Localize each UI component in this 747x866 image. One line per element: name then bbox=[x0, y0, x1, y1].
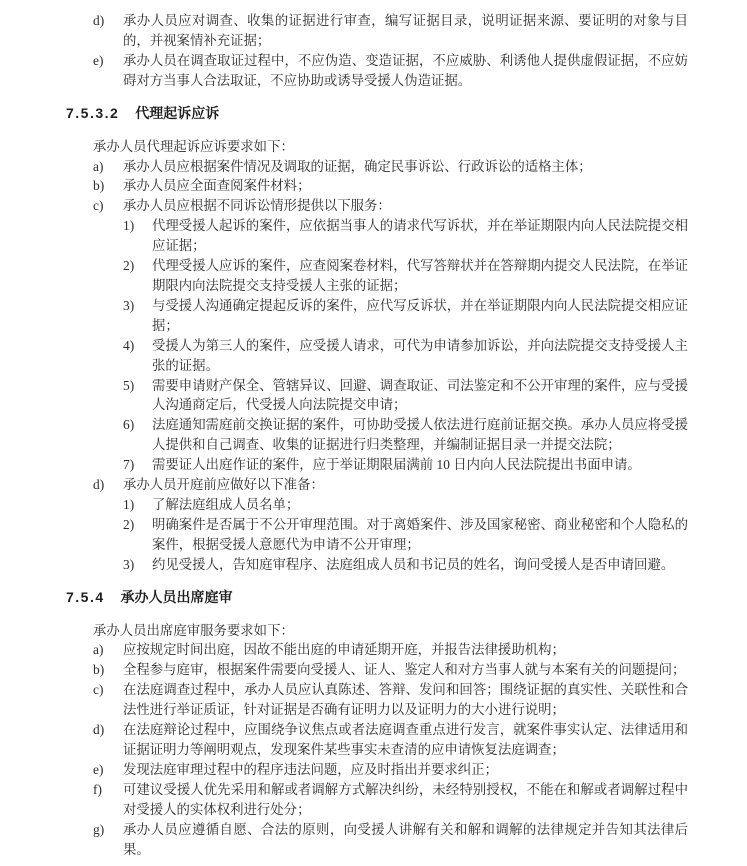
item-text: 承办人员应根据不同诉讼情形提供以下服务： bbox=[123, 196, 688, 216]
item-label: e) bbox=[93, 51, 123, 91]
list-item: b) 承办人员应全面查阅案件材料； bbox=[93, 176, 688, 196]
sub-list-item: 3) 与受援人沟通确定提起反诉的案件，应代写反诉状，并在举证期限内向人民法院提交… bbox=[123, 296, 688, 336]
item-label: 3) bbox=[123, 555, 152, 575]
item-label: d) bbox=[93, 11, 123, 51]
ordered-list: a) 应按规定时间出庭，因故不能出庭的申请延期开庭，并报告法律援助机构； b) … bbox=[93, 640, 688, 859]
sub-list-item: 4) 受援人为第三人的案件，应受援人请求，可代为申请参加诉讼，并向法院提交支持受… bbox=[123, 336, 688, 376]
section-intro: 承办人员出席庭审服务要求如下： bbox=[93, 621, 688, 641]
document-page: d) 承办人员应对调查、收集的证据进行审查，编写证据目录，说明证据来源、要证明的… bbox=[0, 0, 747, 866]
list-item: d) 承办人员开庭前应做好以下准备： bbox=[93, 475, 688, 495]
item-label: b) bbox=[93, 660, 123, 680]
item-text: 承办人员应全面查阅案件材料； bbox=[123, 176, 688, 196]
sub-list: 1) 代理受援人起诉的案件，应依据当事人的请求代写诉状，并在举证期限内向人民法院… bbox=[123, 216, 688, 475]
item-label: 1) bbox=[123, 216, 152, 256]
item-text: 法庭通知需庭前交换证据的案件，可协助受援人依法进行庭前证据交换。承办人员应将受援… bbox=[152, 415, 688, 455]
item-text: 承办人员在调查取证过程中，不应伪造、变造证据，不应威胁、利诱他人提供虚假证据，不… bbox=[123, 51, 688, 91]
list-item: e) 发现法庭审理过程中的程序违法问题，应及时指出并要求纠正； bbox=[93, 760, 688, 780]
item-text: 全程参与庭审，根据案件需要向受援人、证人、鉴定人和对方当事人就与本案有关的问题提… bbox=[123, 660, 688, 680]
item-label: b) bbox=[93, 176, 123, 196]
item-text: 了解法庭组成人员名单； bbox=[152, 495, 688, 515]
section-intro: 承办人员代理起诉应诉要求如下： bbox=[93, 137, 688, 157]
item-text: 可建议受援人优先采用和解或者调解方式解决纠纷，未经特别授权，不能在和解或者调解过… bbox=[123, 780, 688, 820]
item-text: 明确案件是否属于不公开审理范围。对于离婚案件、涉及国家秘密、商业秘密和个人隐私的… bbox=[152, 515, 688, 555]
item-text: 受援人为第三人的案件，应受援人请求，可代为申请参加诉讼，并向法院提交支持受援人主… bbox=[152, 336, 688, 376]
list-item: g) 承办人员应遵循自愿、合法的原则，向受援人讲解有关和解和调解的法律规定并告知… bbox=[93, 820, 688, 860]
item-label: a) bbox=[93, 640, 123, 660]
item-label: f) bbox=[93, 780, 123, 820]
sub-list-item: 5) 需要申请财产保全、管辖异议、回避、调查取证、司法鉴定和不公开审理的案件，应… bbox=[123, 376, 688, 416]
item-text: 承办人员应对调查、收集的证据进行审查，编写证据目录，说明证据来源、要证明的对象与… bbox=[123, 11, 688, 51]
list-item: b) 全程参与庭审，根据案件需要向受援人、证人、鉴定人和对方当事人就与本案有关的… bbox=[93, 660, 688, 680]
item-text: 代理受援人起诉的案件，应依据当事人的请求代写诉状，并在举证期限内向人民法院提交相… bbox=[152, 216, 688, 256]
item-label: 1) bbox=[123, 495, 152, 515]
sub-list-item: 7) 需要证人出庭作证的案件，应于举证期限届满前 10 日内向人民法院提出书面申… bbox=[123, 455, 688, 475]
item-text: 发现法庭审理过程中的程序违法问题，应及时指出并要求纠正； bbox=[123, 760, 688, 780]
item-text: 约见受援人，告知庭审程序、法庭组成人员和书记员的姓名，询问受援人是否申请回避。 bbox=[152, 555, 688, 575]
sub-list-item: 1) 代理受援人起诉的案件，应依据当事人的请求代写诉状，并在举证期限内向人民法院… bbox=[123, 216, 688, 256]
list-item: c) 承办人员应根据不同诉讼情形提供以下服务： bbox=[93, 196, 688, 216]
item-label: c) bbox=[93, 680, 123, 720]
sub-list: 1) 了解法庭组成人员名单； 2) 明确案件是否属于不公开审理范围。对于离婚案件… bbox=[123, 495, 688, 575]
item-label: c) bbox=[93, 196, 123, 216]
item-label: d) bbox=[93, 720, 123, 760]
heading-title: 代理起诉应诉 bbox=[135, 105, 219, 121]
sub-list-item: 2) 明确案件是否属于不公开审理范围。对于离婚案件、涉及国家秘密、商业秘密和个人… bbox=[123, 515, 688, 555]
item-text: 承办人员开庭前应做好以下准备： bbox=[123, 475, 688, 495]
heading-number: 7.5.4 bbox=[66, 589, 105, 605]
item-text: 承办人员应遵循自愿、合法的原则，向受援人讲解有关和解和调解的法律规定并告知其法律… bbox=[123, 820, 688, 860]
list-item: a) 承办人员应根据案件情况及调取的证据，确定民事诉讼、行政诉讼的适格主体； bbox=[93, 157, 688, 177]
item-label: 7) bbox=[123, 455, 152, 475]
item-label: 2) bbox=[123, 515, 152, 555]
document-body: d) 承办人员应对调查、收集的证据进行审查，编写证据目录，说明证据来源、要证明的… bbox=[66, 11, 688, 859]
heading-title: 承办人员出席庭审 bbox=[121, 589, 233, 605]
item-text: 承办人员应根据案件情况及调取的证据，确定民事诉讼、行政诉讼的适格主体； bbox=[123, 157, 688, 177]
item-label: e) bbox=[93, 760, 123, 780]
item-label: g) bbox=[93, 820, 123, 860]
list-item: a) 应按规定时间出庭，因故不能出庭的申请延期开庭，并报告法律援助机构； bbox=[93, 640, 688, 660]
item-label: 6) bbox=[123, 415, 152, 455]
section-heading-7-5-4: 7.5.4 承办人员出席庭审 bbox=[66, 589, 688, 605]
sub-list-item: 3) 约见受援人，告知庭审程序、法庭组成人员和书记员的姓名，询问受援人是否申请回… bbox=[123, 555, 688, 575]
item-text: 需要申请财产保全、管辖异议、回避、调查取证、司法鉴定和不公开审理的案件，应与受援… bbox=[152, 376, 688, 416]
item-text: 应按规定时间出庭，因故不能出庭的申请延期开庭，并报告法律援助机构； bbox=[123, 640, 688, 660]
section-heading-7-5-3-2: 7.5.3.2 代理起诉应诉 bbox=[66, 105, 688, 121]
sub-list-item: 6) 法庭通知需庭前交换证据的案件，可协助受援人依法进行庭前证据交换。承办人员应… bbox=[123, 415, 688, 455]
item-label: 4) bbox=[123, 336, 152, 376]
list-item: e) 承办人员在调查取证过程中，不应伪造、变造证据，不应威胁、利诱他人提供虚假证… bbox=[93, 51, 688, 91]
item-text: 需要证人出庭作证的案件，应于举证期限届满前 10 日内向人民法院提出书面申请。 bbox=[152, 455, 688, 475]
item-text: 在法庭调查过程中，承办人员应认真陈述、答辩、发问和回答；围绕证据的真实性、关联性… bbox=[123, 680, 688, 720]
list-item: f) 可建议受援人优先采用和解或者调解方式解决纠纷，未经特别授权，不能在和解或者… bbox=[93, 780, 688, 820]
heading-number: 7.5.3.2 bbox=[66, 105, 119, 121]
list-item: d) 在法庭辩论过程中，应围绕争议焦点或者法庭调查重点进行发言，就案件事实认定、… bbox=[93, 720, 688, 760]
ordered-list: a) 承办人员应根据案件情况及调取的证据，确定民事诉讼、行政诉讼的适格主体； b… bbox=[93, 157, 688, 575]
carryover-list: d) 承办人员应对调查、收集的证据进行审查，编写证据目录，说明证据来源、要证明的… bbox=[93, 11, 688, 91]
item-label: 3) bbox=[123, 296, 152, 336]
item-text: 代理受援人应诉的案件，应查阅案卷材料，代写答辩状并在答辩期内提交人民法院，在举证… bbox=[152, 256, 688, 296]
item-text: 与受援人沟通确定提起反诉的案件，应代写反诉状，并在举证期限内向人民法院提交相应证… bbox=[152, 296, 688, 336]
item-label: a) bbox=[93, 157, 123, 177]
list-item: c) 在法庭调查过程中，承办人员应认真陈述、答辩、发问和回答；围绕证据的真实性、… bbox=[93, 680, 688, 720]
sub-list-item: 2) 代理受援人应诉的案件，应查阅案卷材料，代写答辩状并在答辩期内提交人民法院，… bbox=[123, 256, 688, 296]
item-text: 在法庭辩论过程中，应围绕争议焦点或者法庭调查重点进行发言，就案件事实认定、法律适… bbox=[123, 720, 688, 760]
item-label: d) bbox=[93, 475, 123, 495]
sub-list-item: 1) 了解法庭组成人员名单； bbox=[123, 495, 688, 515]
item-label: 5) bbox=[123, 376, 152, 416]
list-item: d) 承办人员应对调查、收集的证据进行审查，编写证据目录，说明证据来源、要证明的… bbox=[93, 11, 688, 51]
item-label: 2) bbox=[123, 256, 152, 296]
